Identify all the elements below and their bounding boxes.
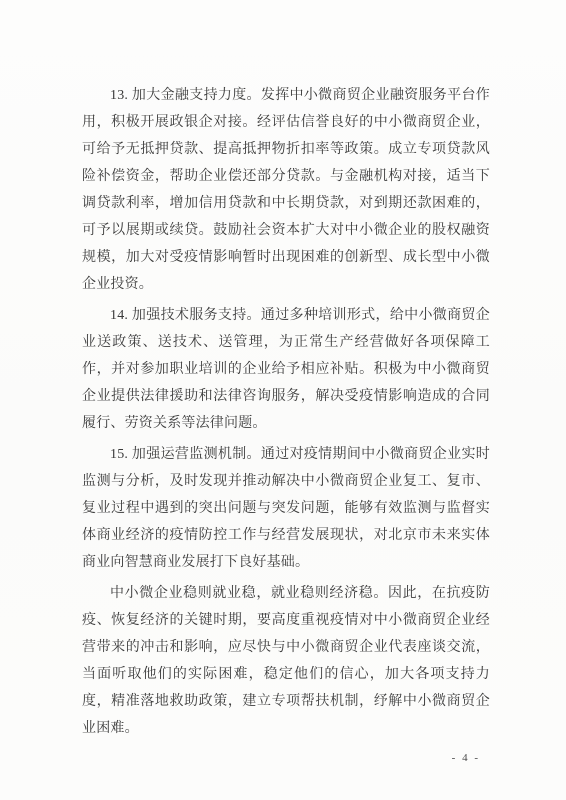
paragraph-item-14: 14. 加强技术服务支持。通过多种培训形式，给中小微商贸企业送政策、送技术、送管…: [82, 302, 490, 437]
page-number: - 4 -: [452, 752, 480, 764]
document-body: 13. 加大金融支持力度。发挥中小微商贸企业融资服务平台作用，积极开展政银企对接…: [82, 82, 490, 746]
paragraph-item-13: 13. 加大金融支持力度。发挥中小微商贸企业融资服务平台作用，积极开展政银企对接…: [82, 82, 490, 298]
paragraph-item-15: 15. 加强运营监测机制。通过对疫情期间中小微商贸企业实时监测与分析，及时发现并…: [82, 441, 490, 576]
paragraph-closing: 中小微企业稳则就业稳，就业稳则经济稳。因此，在抗疫防疫、恢复经济的关键时期，要高…: [82, 580, 490, 742]
document-page: 13. 加大金融支持力度。发挥中小微商贸企业融资服务平台作用，积极开展政银企对接…: [0, 0, 566, 800]
